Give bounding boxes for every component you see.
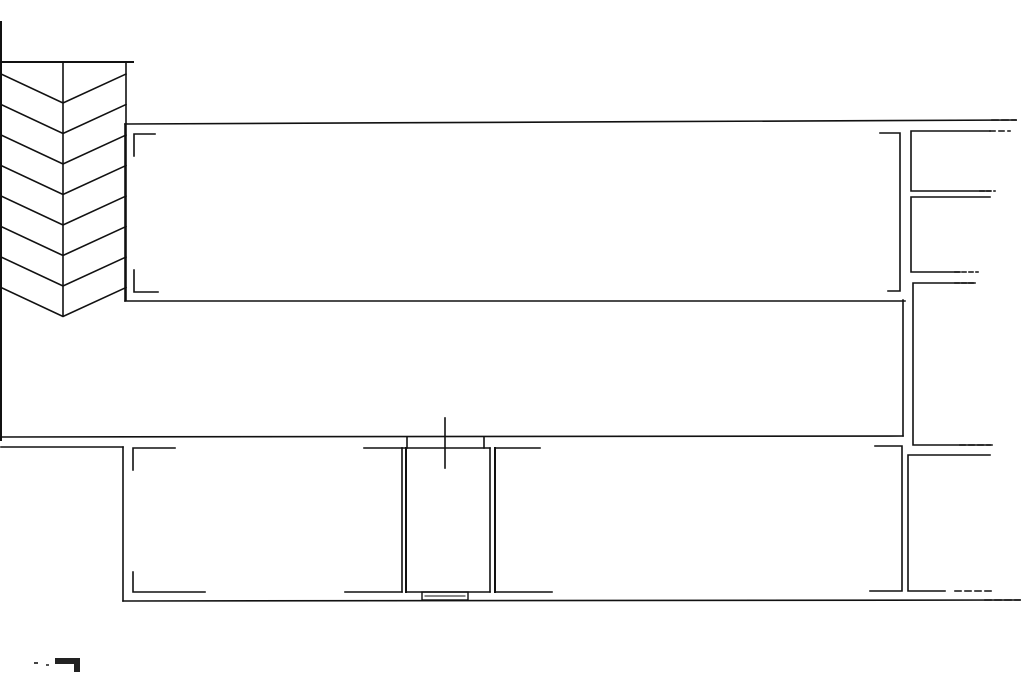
right-rooms [903,120,1016,445]
scale-mark-icon [34,658,80,672]
lower-right-room [495,446,1020,600]
floor-plan-drawing [0,0,1024,681]
stair-icon [1,62,133,317]
lower-left-room [123,447,1020,601]
elevator-shaft [402,418,495,600]
central-hall [1,436,903,447]
upper-room [125,120,1016,301]
